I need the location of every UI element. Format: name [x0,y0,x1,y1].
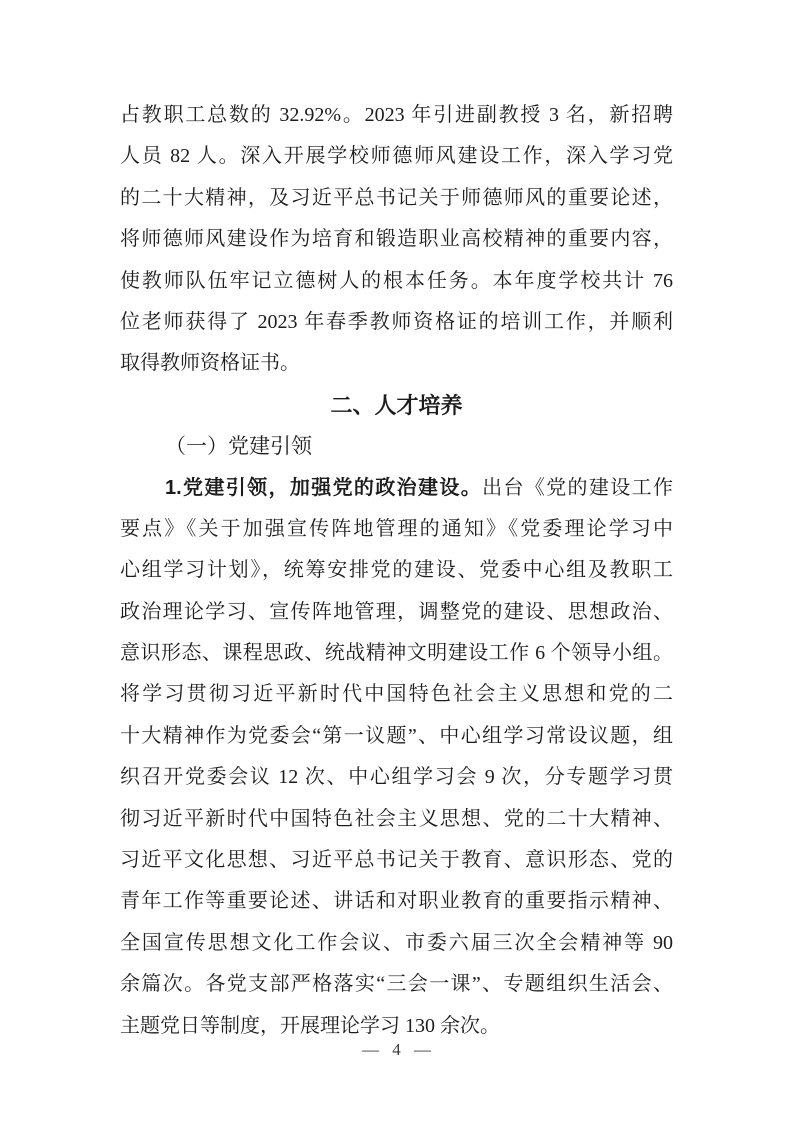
text-line: 要点》《关于加强宣传阵地管理的通知》《党委理论学习中 [120,509,673,550]
text-line: 位老师获得了 2023 年春季教师资格证的培训工作，并顺利 [120,302,673,343]
text-line: 使教师队伍牢记立德树人的根本任务。本年度学校共计 76 [120,261,673,302]
subsection-heading: （一）党建引领 [120,426,673,467]
text-line: 人员 82 人。深入开展学校师德师风建设工作，深入学习党 [120,136,673,177]
document-page: 占教职工总数的 32.92%。2023 年引进副教授 3 名，新招聘 人员 82… [0,0,793,1122]
text-line: 取得教师资格证书。 [120,343,673,384]
text-line: 十大精神作为党委会“第一议题”、中心组学习常设议题，组 [120,716,673,757]
page-number-footer: — 4 — [0,1040,793,1060]
text-line: 的二十大精神，及习近平总书记关于师德师风的重要论述， [120,178,673,219]
paragraph-party-building: 1.党建引领，加强党的政治建设。出台《党的建设工作 要点》《关于加强宣传阵地管理… [120,468,673,1047]
section-heading: 二、人才培养 [120,385,673,426]
text-line: 政治理论学习、宣传阵地管理，调整党的建设、思想政治、 [120,592,673,633]
document-body: 占教职工总数的 32.92%。2023 年引进副教授 3 名，新招聘 人员 82… [120,95,673,1047]
paragraph-lead-bold: 1.党建引领，加强党的政治建设。 [165,477,482,499]
text-line: 余篇次。各党支部严格落实“三会一课”、专题组织生活会、 [120,964,673,1005]
text-line: 彻习近平新时代中国特色社会主义思想、党的二十大精神、 [120,799,673,840]
text-line: 全国宣传思想文化工作会议、市委六届三次全会精神等 90 [120,923,673,964]
text-line: 习近平文化思想、习近平总书记关于教育、意识形态、党的 [120,840,673,881]
text-line: 意识形态、课程思政、统战精神文明建设工作 6 个领导小组。 [120,633,673,674]
text-line: 1.党建引领，加强党的政治建设。出台《党的建设工作 [120,468,673,509]
text-line: 心组学习计划》，统筹安排党的建设、党委中心组及教职工 [120,550,673,591]
text-line: 将学习贯彻习近平新时代中国特色社会主义思想和党的二 [120,674,673,715]
text-line: 织召开党委会议 12 次、中心组学习会 9 次，分专题学习贯 [120,757,673,798]
text-line: 青年工作等重要论述、讲话和对职业教育的重要指示精神、 [120,881,673,922]
text-line: 将师德师风建设作为培育和锻造职业高校精神的重要内容， [120,219,673,260]
text-line: 占教职工总数的 32.92%。2023 年引进副教授 3 名，新招聘 [120,95,673,136]
paragraph-lead-rest: 出台《党的建设工作 [482,477,673,499]
paragraph-teacher-development: 占教职工总数的 32.92%。2023 年引进副教授 3 名，新招聘 人员 82… [120,95,673,385]
